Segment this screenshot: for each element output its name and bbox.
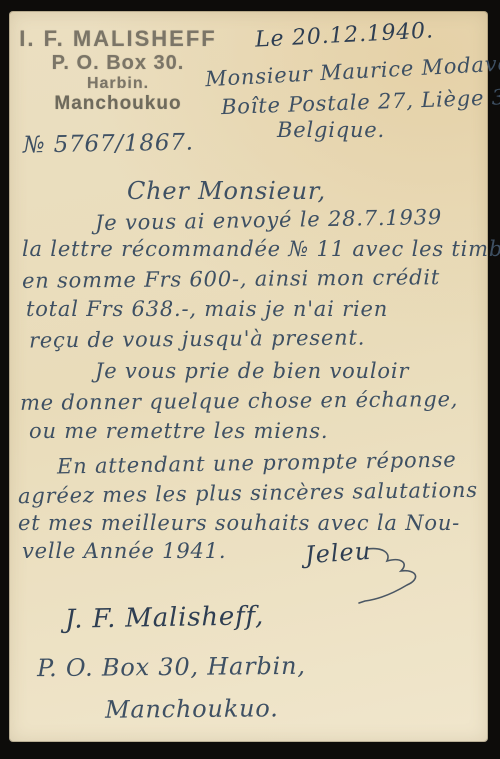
body-line: reçu de vous jusqu'à present. [29,326,365,353]
salutation: Cher Monsieur, [127,177,326,205]
stamp-line-country: Manchoukuo [3,94,233,115]
body-line: velle Année 1941. [22,539,226,563]
body-line: en somme Frs 600-, ainsi mon crédit [22,265,440,293]
body-line: ou me remettre les miens. [29,419,328,443]
stamp-line-name: I. F. MALISHEFF [3,27,233,51]
body-line: agréez mes les plus sincères salutations [18,478,478,508]
recipient-name: Monsieur Maurice Modave, [205,51,500,91]
body-line: total Frs 638.-, mais je n'ai rien [26,297,388,321]
recipient-country: Belgique. [277,118,385,142]
body-line: Je vous ai envoyé le 28.7.1939 [95,205,442,235]
sender-address-line2: Manchoukuo. [105,694,279,724]
body-line: Je vous prie de bien vouloir [95,359,409,383]
signature: Jeleu [305,539,371,567]
recipient-address: Boîte Postale 27, Liège 3, [221,85,500,119]
body-line: et mes meilleurs souhaits avec la Nou- [18,511,460,535]
body-line: me donner quelque chose en échange, [20,387,458,415]
sender-name: J. F. Malisheff, [65,601,265,634]
sender-address-line1: P. O. Box 30, Harbin, [37,652,306,682]
signature-flourish [357,545,447,611]
body-line: la lettre récommandée № 11 avec les timb… [22,237,500,261]
postcard-photo: I. F. MALISHEFF P. O. Box 30. Harbin. Ma… [0,0,500,759]
dateline: Le 20.12.1940. [254,18,434,52]
sender-rubber-stamp: I. F. MALISHEFF P. O. Box 30. Harbin. Ma… [3,27,233,114]
postcard: I. F. MALISHEFF P. O. Box 30. Harbin. Ma… [9,11,488,742]
body-line: En attendant une prompte réponse [57,448,457,479]
reference-number: № 5767/1867. [23,130,194,159]
stamp-line-city: Harbin. [3,75,233,92]
stamp-line-pobox: P. O. Box 30. [3,53,233,75]
